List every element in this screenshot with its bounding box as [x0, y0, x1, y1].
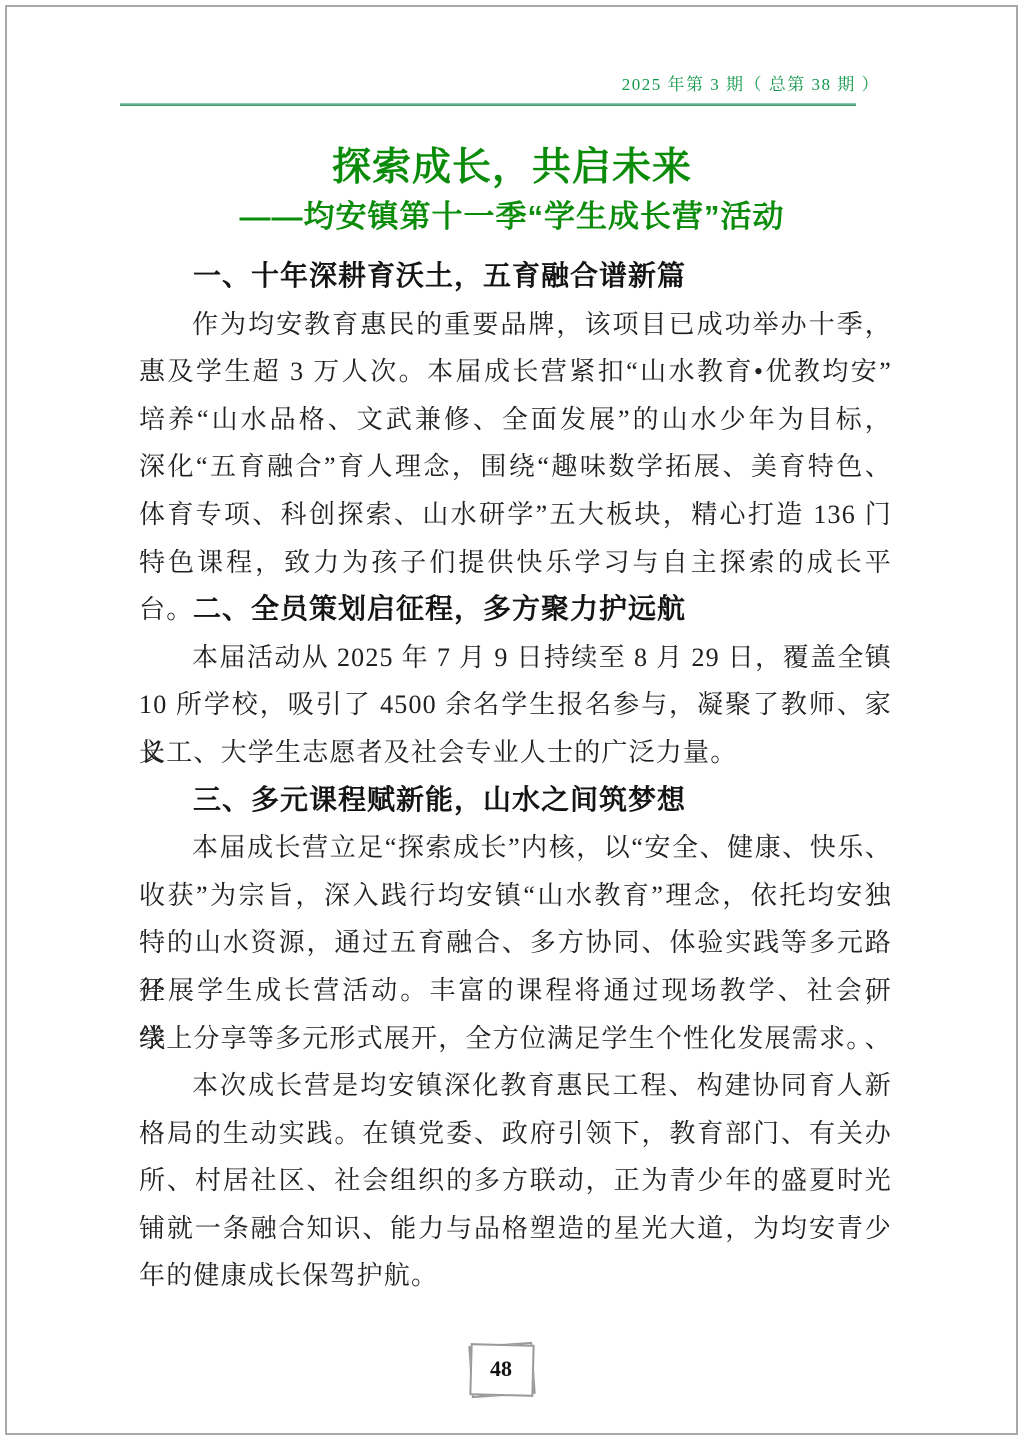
- body-line: 特的山水资源，通过五育融合、多方协同、体验实践等多元路径，: [139, 919, 892, 967]
- body-line: 格局的生动实践。在镇党委、政府引领下，教育部门、有关办: [139, 1110, 892, 1158]
- body-line: 10 所学校，吸引了 4500 余名学生报名参与，凝聚了教师、家长: [139, 681, 892, 729]
- body-line: 所、村居社区、社会组织的多方联动，正为青少年的盛夏时光: [139, 1157, 892, 1205]
- page-number: 48: [465, 1338, 537, 1400]
- header-rule: [120, 103, 856, 106]
- section-heading: 三、多元课程赋新能，山水之间筑梦想: [139, 777, 892, 825]
- body-line: 收获”为宗旨，深入践行均安镇“山水教育”理念，依托均安独: [139, 872, 892, 920]
- body-line: 作为均安教育惠民的重要品牌，该项目已成功举办十季，: [139, 301, 892, 349]
- page-number-box: 48: [465, 1338, 537, 1400]
- body-line: 本届成长营立足“探索成长”内核，以“安全、健康、快乐、: [139, 824, 892, 872]
- section-heading: 二、全员策划启征程，多方聚力护远航: [139, 586, 892, 634]
- body-line: 惠及学生超 3 万人次。本届成长营紧扣“山水教育•优教均安”: [139, 348, 892, 396]
- body-line: 本次成长营是均安镇深化教育惠民工程、构建协同育人新: [139, 1062, 892, 1110]
- body-line: 线上分享等多元形式展开，全方位满足学生个性化发展需求。: [139, 1015, 892, 1063]
- page-subtitle: ——均安镇第十一季“学生成长营”活动: [0, 191, 1024, 236]
- body-line: 开展学生成长营活动。丰富的课程将通过现场教学、社会研学、: [139, 967, 892, 1015]
- page-title: 探索成长，共启未来: [0, 136, 1024, 192]
- body-line: 培养“山水品格、文武兼修、全面发展”的山水少年为目标，: [139, 396, 892, 444]
- section-heading: 一、十年深耕育沃土，五育融合谱新篇: [139, 253, 892, 301]
- body-line: 特色课程，致力为孩子们提供快乐学习与自主探索的成长平台。: [139, 539, 892, 587]
- body-line: 铺就一条融合知识、能力与品格塑造的星光大道，为均安青少: [139, 1205, 892, 1253]
- document-page: 2025 年第 3 期（ 总第 38 期 ） 探索成长，共启未来 ——均安镇第十…: [0, 0, 1024, 1442]
- article-body: 一、十年深耕育沃土，五育融合谱新篇作为均安教育惠民的重要品牌，该项目已成功举办十…: [139, 253, 892, 1300]
- issue-info: 2025 年第 3 期（ 总第 38 期 ）: [622, 70, 880, 95]
- body-line: 深化“五育融合”育人理念，围绕“趣味数学拓展、美育特色、: [139, 443, 892, 491]
- body-line: 义工、大学生志愿者及社会专业人士的广泛力量。: [139, 729, 892, 777]
- body-line: 体育专项、科创探索、山水研学”五大板块，精心打造 136 门: [139, 491, 892, 539]
- body-line: 本届活动从 2025 年 7 月 9 日持续至 8 月 29 日，覆盖全镇: [139, 634, 892, 682]
- body-line: 年的健康成长保驾护航。: [139, 1252, 892, 1300]
